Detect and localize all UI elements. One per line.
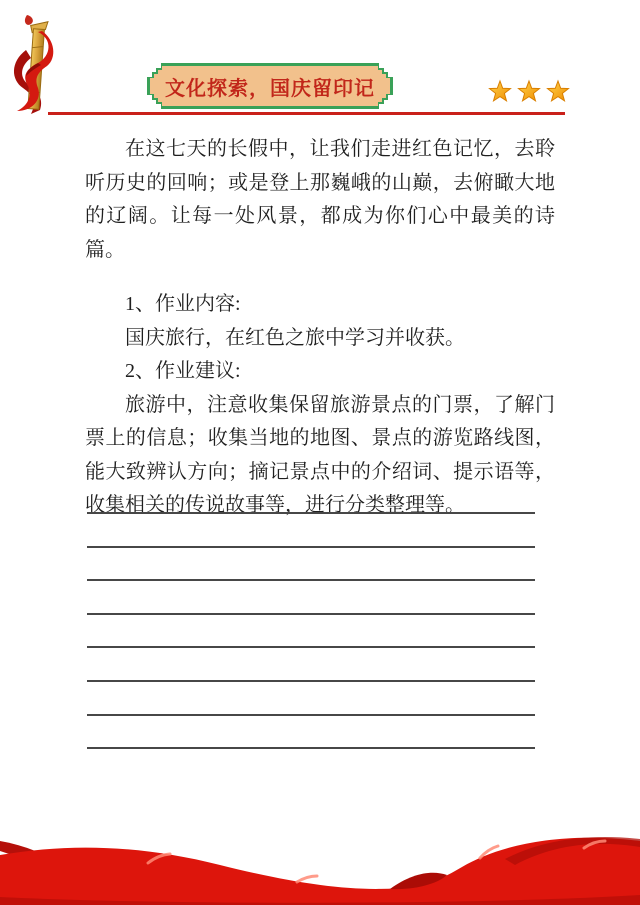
- worksheet-page: 文化探索，国庆留印记 在这七天的长假中，让我们走进红色记忆，去聆听历史的回响；或…: [0, 0, 640, 905]
- section-2-content: 旅游中，注意收集保留旅游景点的门票，了解门票上的信息；收集当地的地图、景点的游览…: [85, 389, 555, 523]
- star-icon: [490, 81, 511, 101]
- writing-line: [87, 512, 535, 514]
- writing-line: [87, 680, 535, 682]
- intro-paragraph: 在这七天的长假中，让我们走进红色记忆，去聆听历史的回响；或是登上那巍峨的山巅，去…: [85, 133, 555, 267]
- title-plaque-inner: 文化探索，国庆留印记: [150, 66, 390, 106]
- writing-line: [87, 747, 535, 749]
- star-icon: [548, 81, 569, 101]
- writing-line: [87, 714, 535, 716]
- body-content: 在这七天的长假中，让我们走进红色记忆，去聆听历史的回响；或是登上那巍峨的山巅，去…: [85, 133, 555, 523]
- torch-ribbon-icon: [4, 14, 64, 118]
- red-divider-line: [48, 112, 565, 115]
- star-icon: [519, 81, 540, 101]
- title-plaque: 文化探索，国庆留印记: [147, 63, 393, 109]
- section-1-label: 1、作业内容:: [85, 288, 555, 322]
- red-silk-ribbon-decoration: [0, 825, 640, 905]
- section-1-content: 国庆旅行，在红色之旅中学习并收获。: [85, 322, 555, 356]
- writing-line: [87, 613, 535, 615]
- page-title: 文化探索，国庆留印记: [165, 72, 375, 101]
- writing-lines: [87, 512, 535, 781]
- writing-line: [87, 546, 535, 548]
- writing-line: [87, 646, 535, 648]
- rating-stars: [488, 79, 572, 105]
- section-2-label: 2、作业建议:: [85, 355, 555, 389]
- writing-line: [87, 579, 535, 581]
